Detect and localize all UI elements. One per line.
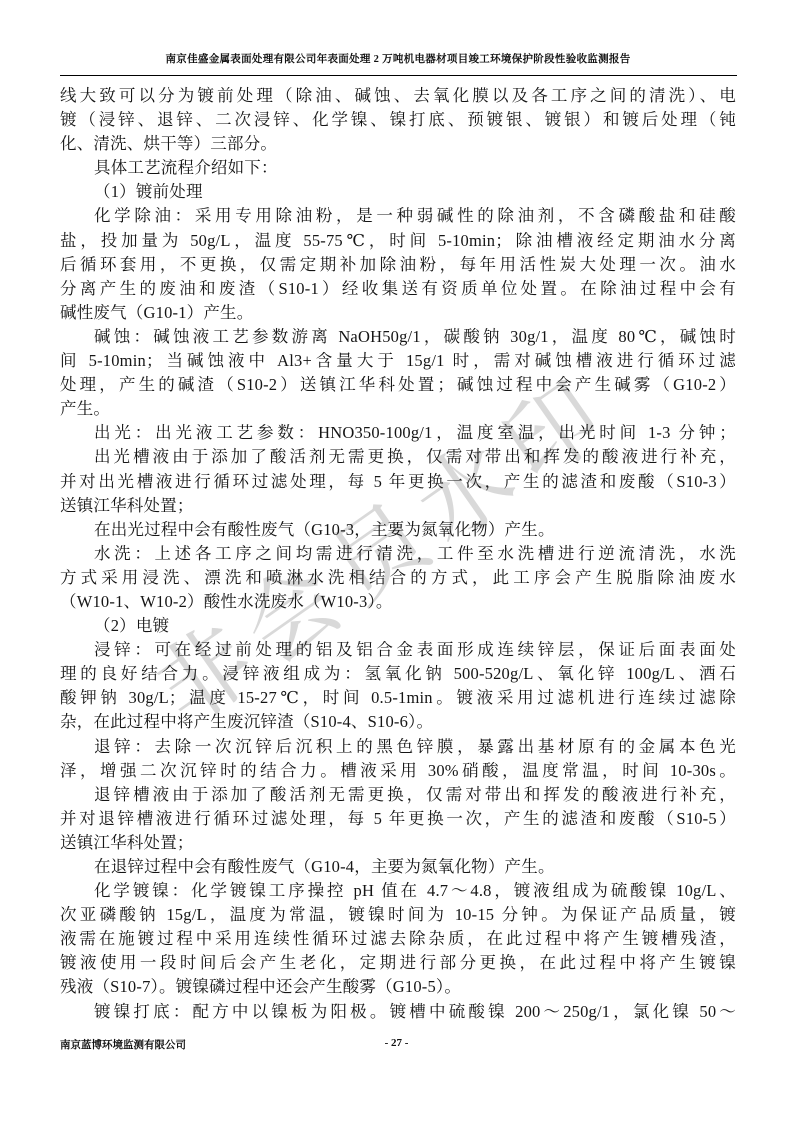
body-line: 水洗：上述各工序之间均需进行清洗，工件至水洗槽进行逆流清洗，水洗	[60, 542, 736, 566]
body-line: 出光：出光液工艺参数：HNO350-100g/1，温度室温，出光时间 1-3 分…	[60, 421, 736, 445]
body-line: 出光槽液由于添加了酸活剂无需更换，仅需对带出和挥发的酸液进行补充，	[60, 445, 736, 469]
body-line: 处理，产生的碱渣（S10-2）送镇江华科处置；碱蚀过程中会产生碱雾（G10-2）	[60, 373, 736, 397]
body-line: 液需在施镀过程中采用连续性循环过滤去除杂质，在此过程中将产生镀槽残渣，	[60, 927, 736, 951]
body-line: 酸钾钠 30g/L；温度 15-27℃，时间 0.5-1min。镀液采用过滤机进…	[60, 686, 736, 710]
body-line: 产生。	[60, 397, 736, 421]
body-line: 分离产生的废油和废渣（S10-1）经收集送有资质单位处置。在除油过程中会有	[60, 277, 736, 301]
body-line: （2）电镀	[60, 614, 736, 638]
body-line: 盐，投加量为 50g/L，温度 55-75℃，时间 5-10min；除油槽液经定…	[60, 229, 736, 253]
body-text: 线大致可以分为镀前处理（除油、碱蚀、去氧化膜以及各工序之间的清洗）、电镀（浸锌、…	[60, 84, 736, 1024]
body-line: 线大致可以分为镀前处理（除油、碱蚀、去氧化膜以及各工序之间的清洗）、电	[60, 84, 736, 108]
body-line: 并对退锌槽液进行循环过滤处理，每 5 年更换一次，产生的滤渣和废酸（S10-5）	[60, 807, 736, 831]
body-line: 间 5-10min；当碱蚀液中 Al3+含量大于 15g/1 时，需对碱蚀槽液进…	[60, 349, 736, 373]
body-line: 化学镀镍：化学镀镍工序操控 pH 值在 4.7～4.8，镀液组成为硫酸镍 10g…	[60, 879, 736, 903]
document-page: 南京佳盛金属表面处理有限公司年表面处理 2 万吨机电器材项目竣工环境保护阶段性验…	[0, 0, 793, 1122]
header-divider	[60, 75, 737, 76]
body-line: （1）镀前处理	[60, 180, 736, 204]
body-line: 镀液使用一段时间后会产生老化，定期进行部分更换，在此过程中将产生镀镍	[60, 951, 736, 975]
body-line: （W10-1、W10-2）酸性水洗废水（W10-3）。	[60, 590, 736, 614]
footer-page-number: - 27 -	[0, 1037, 793, 1049]
body-line: 泽，增强二次沉锌时的结合力。槽液采用 30%硝酸，温度常温，时间 10-30s。	[60, 759, 736, 783]
body-line: 后循环套用，不更换，仅需定期补加除油粉，每年用活性炭大处理一次。油水	[60, 253, 736, 277]
body-line: 碱蚀：碱蚀液工艺参数游离 NaOH50g/1，碳酸钠 30g/1，温度 80℃，…	[60, 325, 736, 349]
body-line: 镀（浸锌、退锌、二次浸锌、化学镍、镍打底、预镀银、镀银）和镀后处理（钝	[60, 108, 736, 132]
page-header-title: 南京佳盛金属表面处理有限公司年表面处理 2 万吨机电器材项目竣工环境保护阶段性验…	[60, 51, 736, 66]
body-line: 送镇江华科处置；	[60, 831, 736, 855]
body-line: 并对出光槽液进行循环过滤处理，每 5 年更换一次，产生的滤渣和废酸（S10-3）	[60, 470, 736, 494]
body-line: 退锌槽液由于添加了酸活剂无需更换，仅需对带出和挥发的酸液进行补充，	[60, 783, 736, 807]
body-line: 在退锌过程中会有酸性废气（G10-4，主要为氮氧化物）产生。	[60, 855, 736, 879]
body-line: 化、清洗、烘干等）三部分。	[60, 132, 736, 156]
body-line: 送镇江华科处置；	[60, 494, 736, 518]
body-line: 碱性废气（G10-1）产生。	[60, 301, 736, 325]
body-line: 次亚磷酸钠 15g/L，温度为常温，镀镍时间为 10-15 分钟。为保证产品质量…	[60, 903, 736, 927]
body-line: 方式采用浸洗、漂洗和喷淋水洗相结合的方式，此工序会产生脱脂除油废水	[60, 566, 736, 590]
body-line: 在出光过程中会有酸性废气（G10-3，主要为氮氧化物）产生。	[60, 518, 736, 542]
body-line: 理的良好结合力。浸锌液组成为：氢氧化钠 500-520g/L、氧化锌 100g/…	[60, 662, 736, 686]
body-line: 镀镍打底：配方中以镍板为阳极。镀槽中硫酸镍 200～250g/1，氯化镍 50～	[60, 1000, 736, 1024]
body-line: 杂，在此过程中将产生废沉锌渣（S10-4、S10-6）。	[60, 710, 736, 734]
body-line: 具体工艺流程介绍如下：	[60, 156, 736, 180]
body-line: 残液（S10-7）。镀镍磷过程中还会产生酸雾（G10-5）。	[60, 975, 736, 999]
body-line: 化学除油：采用专用除油粉，是一种弱碱性的除油剂，不含磷酸盐和硅酸	[60, 204, 736, 228]
body-line: 退锌：去除一次沉锌后沉积上的黑色锌膜，暴露出基材原有的金属本色光	[60, 735, 736, 759]
body-line: 浸锌：可在经过前处理的铝及铝合金表面形成连续锌层，保证后面表面处	[60, 638, 736, 662]
